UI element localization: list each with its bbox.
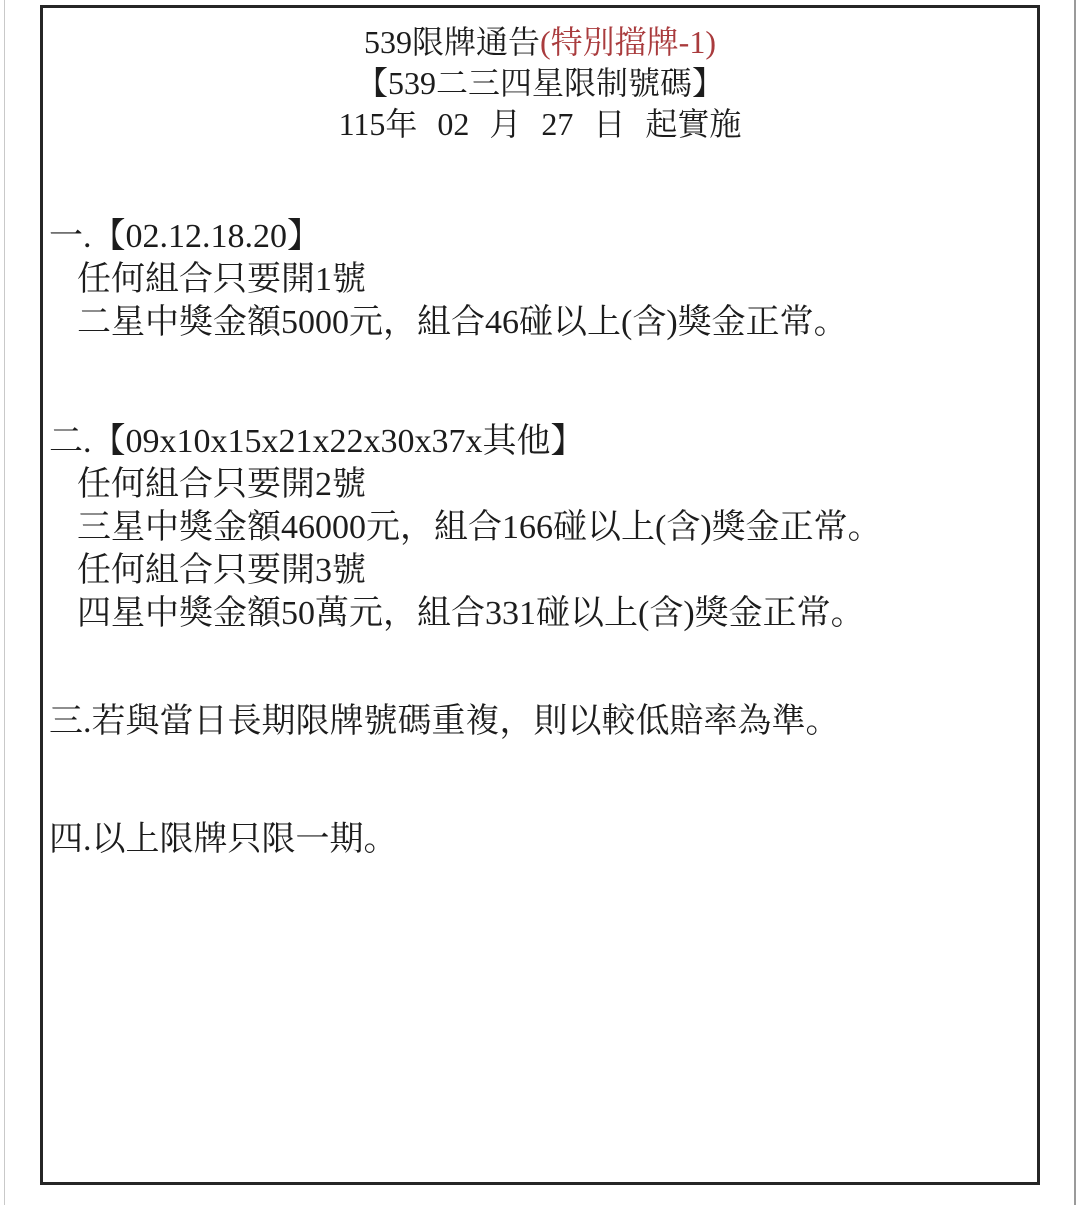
- section-two-heading: 二.【09x10x15x21x22x30x37x其他】: [43, 420, 1037, 463]
- title-block: 539限牌通告(特別擋牌-1) 【539二三四星限制號碼】 115年 02 月 …: [43, 8, 1037, 145]
- notice-page: 539限牌通告(特別擋牌-1) 【539二三四星限制號碼】 115年 02 月 …: [0, 0, 1080, 1205]
- notice-title-highlight: (特別擋牌-1): [540, 24, 716, 60]
- section-two-line: 三星中獎金額46000元，組合166碰以上(含)獎金正常。: [43, 506, 1037, 549]
- notice-document: 539限牌通告(特別擋牌-1) 【539二三四星限制號碼】 115年 02 月 …: [40, 5, 1040, 1185]
- notice-title-line: 539限牌通告(特別擋牌-1): [43, 22, 1037, 63]
- page-edge-line-left: [4, 0, 5, 1205]
- page-edge-line-right: [1074, 0, 1076, 1205]
- section-one-heading: 一.【02.12.18.20】: [43, 215, 1037, 258]
- section-one-line: 二星中獎金額5000元，組合46碰以上(含)獎金正常。: [43, 301, 1037, 344]
- section-four-heading: 四.以上限牌只限一期。: [43, 818, 1037, 861]
- section-two-line: 任何組合只要開2號: [43, 463, 1037, 506]
- section-one: 一.【02.12.18.20】 任何組合只要開1號 二星中獎金額5000元，組合…: [43, 215, 1037, 344]
- section-two-line: 任何組合只要開3號: [43, 549, 1037, 592]
- section-two: 二.【09x10x15x21x22x30x37x其他】 任何組合只要開2號 三星…: [43, 420, 1037, 635]
- section-four: 四.以上限牌只限一期。: [43, 818, 1037, 861]
- section-three-heading: 三.若與當日長期限牌號碼重複，則以較低賠率為準。: [43, 700, 1037, 743]
- section-one-line: 任何組合只要開1號: [43, 258, 1037, 301]
- section-two-line: 四星中獎金額50萬元，組合331碰以上(含)獎金正常。: [43, 592, 1037, 635]
- section-three: 三.若與當日長期限牌號碼重複，則以較低賠率為準。: [43, 700, 1037, 743]
- notice-title: 539限牌通告: [364, 24, 540, 60]
- notice-effective-date: 115年 02 月 27 日 起實施: [43, 104, 1037, 145]
- notice-subtitle: 【539二三四星限制號碼】: [43, 63, 1037, 104]
